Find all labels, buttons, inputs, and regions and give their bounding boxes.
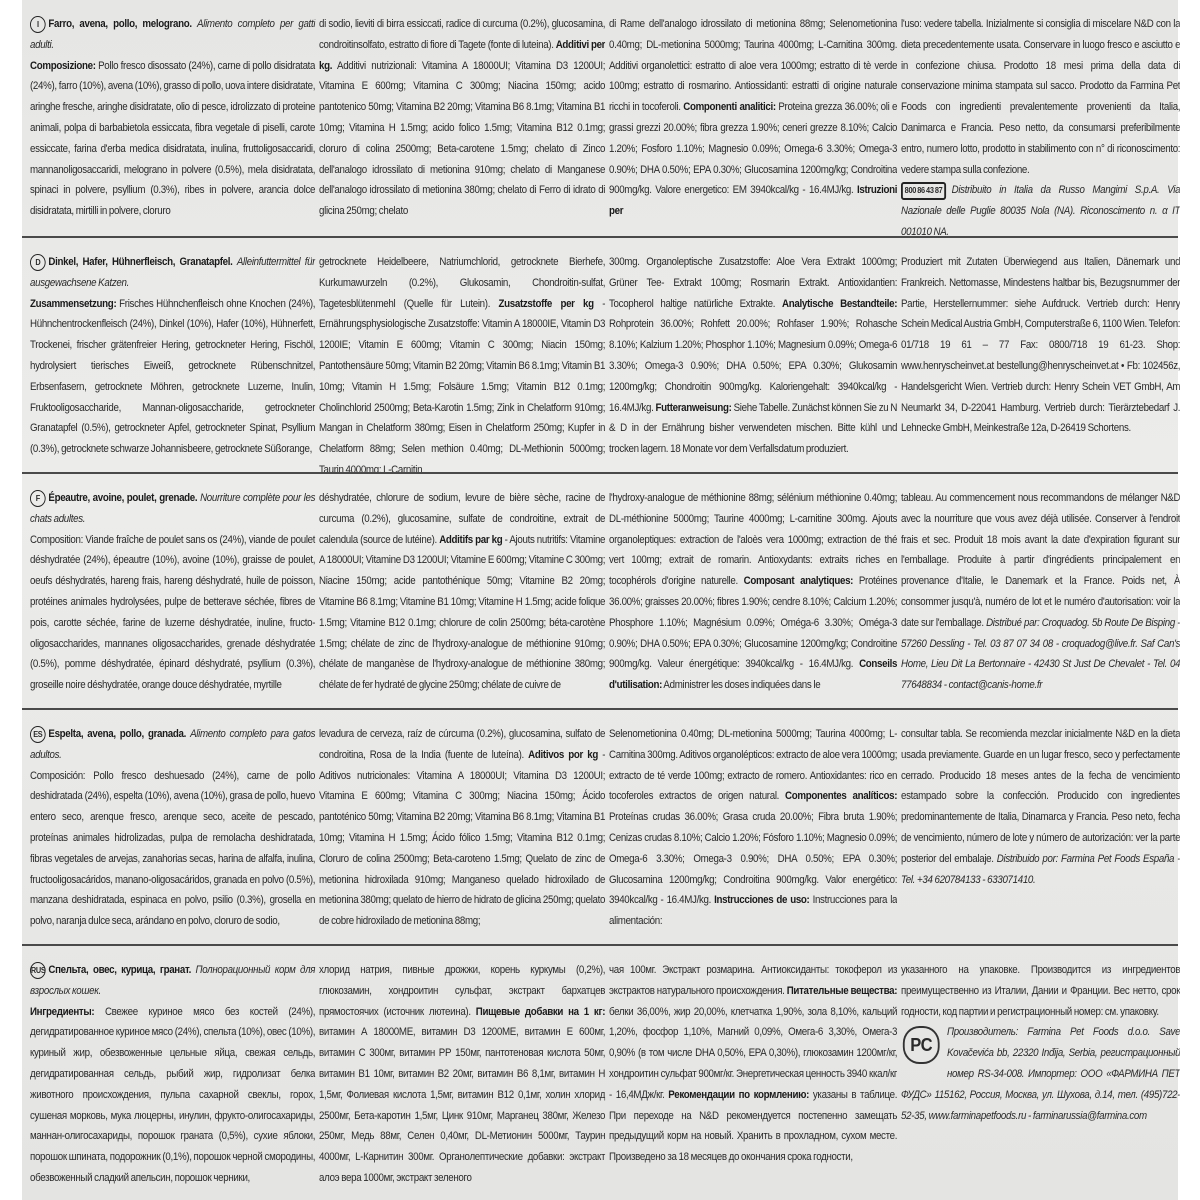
- text-column: consultar tabla. Se recomienda mezclar i…: [901, 724, 1180, 944]
- distributor-info: Distribué par: Croquadog. 5b Route De Bi…: [901, 617, 1180, 691]
- certification-mark-icon: РС: [903, 1026, 940, 1064]
- language-section-rus: RUSСпельта, овес, курица, гранат. Полнор…: [22, 944, 1178, 1200]
- product-title: Farro, avena, pollo, melograno.: [48, 18, 191, 30]
- text-column: Produziert mit Zutaten Überwiegend aus I…: [901, 252, 1180, 472]
- product-title: Épeautre, avoine, poulet, grenade.: [48, 492, 197, 504]
- language-badge-icon: I: [30, 16, 46, 33]
- text-column: déshydratée, chlorure de sodium, levure …: [319, 488, 605, 708]
- text-column: RUSСпельта, овес, курица, гранат. Полнор…: [30, 960, 315, 1200]
- language-badge-icon: RUS: [30, 962, 46, 979]
- text-column: указанного на упаковке. Производится из …: [901, 960, 1180, 1200]
- language-section-d: DDinkel, Hafer, Hühnerfleisch, Granatapf…: [22, 236, 1178, 472]
- text-column: di Rame dell'analogo idrossilato di meti…: [609, 14, 897, 236]
- text-column: l'hydroxy-analogue de méthionine 88mg; s…: [609, 488, 897, 708]
- text-column: 300mg. Organoleptische Zusatzstoffe: Alo…: [609, 252, 897, 472]
- text-column: FÉpeautre, avoine, poulet, grenade. Nour…: [30, 488, 315, 708]
- text-column: DDinkel, Hafer, Hühnerfleisch, Granatapf…: [30, 252, 315, 472]
- language-badge-icon: F: [30, 490, 46, 507]
- language-badge-icon: ES: [30, 726, 46, 743]
- text-column: tableau. Au commencement nous recommando…: [901, 488, 1180, 708]
- text-column: хлорид натрия, пивные дрожжи, корень кур…: [319, 960, 605, 1200]
- text-column: ESEspelta, avena, pollo, granada. Alimen…: [30, 724, 315, 944]
- toll-free-stamp: 800 86 43 87: [901, 182, 946, 200]
- distributor-info: Производитель: Farmina Pet Foods d.o.o. …: [901, 1026, 1180, 1121]
- text-column: чая 100мг. Экстракт розмарина. Антиоксид…: [609, 960, 897, 1200]
- text-column: l'uso: vedere tabella. Inizialmente si c…: [901, 14, 1180, 236]
- language-section-f: FÉpeautre, avoine, poulet, grenade. Nour…: [22, 472, 1178, 708]
- text-column: Selenometionina 0.40mg; DL-metionina 500…: [609, 724, 897, 944]
- language-badge-icon: D: [30, 254, 46, 271]
- label-sheet: IFarro, avena, pollo, melograno. Aliment…: [22, 0, 1178, 1200]
- language-section-es: ESEspelta, avena, pollo, granada. Alimen…: [22, 708, 1178, 944]
- language-section-i: IFarro, avena, pollo, melograno. Aliment…: [22, 0, 1178, 236]
- text-column: di sodio, lieviti di birra essiccati, ra…: [319, 14, 605, 236]
- product-title: Dinkel, Hafer, Hühnerfleisch, Granatapfe…: [48, 256, 232, 268]
- product-title: Espelta, avena, pollo, granada.: [48, 728, 186, 740]
- text-column: levadura de cerveza, raíz de cúrcuma (0.…: [319, 724, 605, 944]
- text-column: IFarro, avena, pollo, melograno. Aliment…: [30, 14, 315, 236]
- product-title: Спельта, овес, курица, гранат.: [48, 964, 191, 976]
- text-column: getrocknete Heidelbeere, Natriumchlorid,…: [319, 252, 605, 472]
- distributor-info: Distribuido por: Farmina Pet Foods Españ…: [901, 853, 1180, 886]
